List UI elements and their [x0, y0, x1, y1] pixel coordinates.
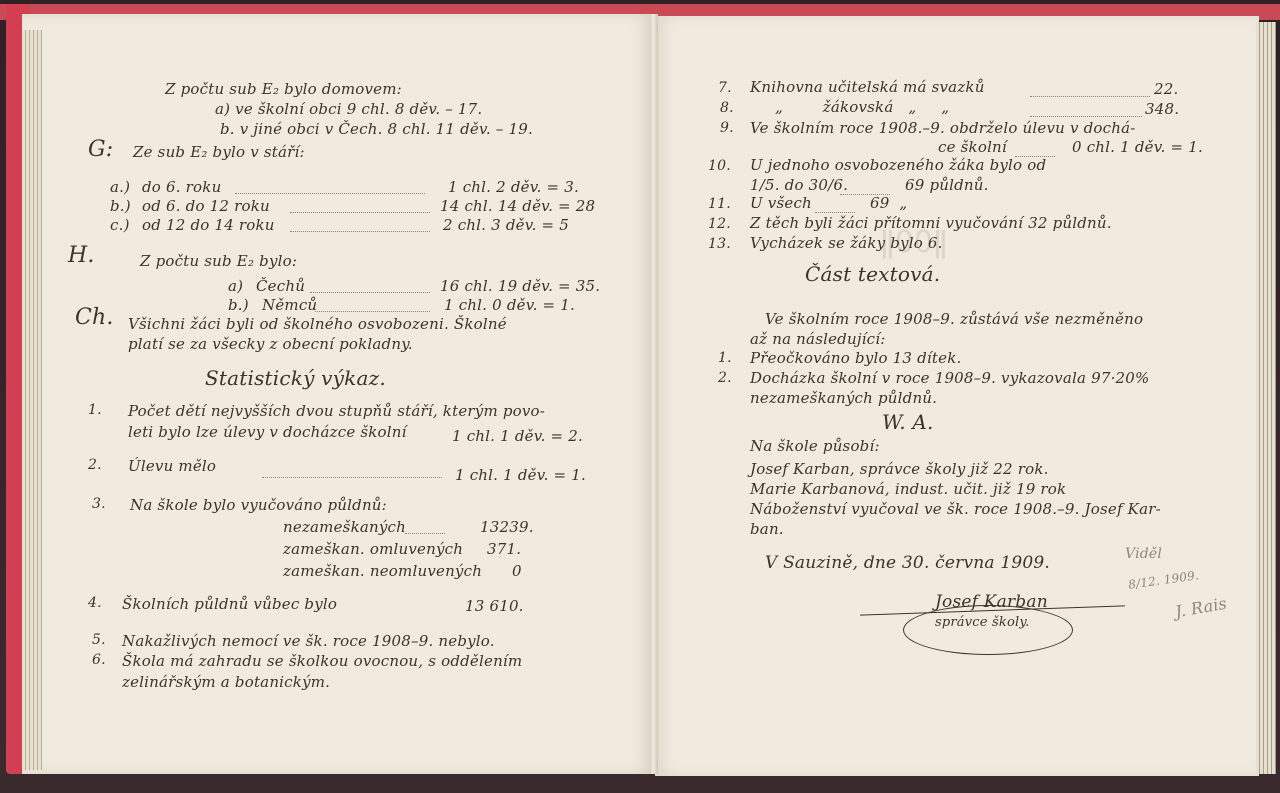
item-number: 10. — [708, 158, 731, 174]
sub-item-text: zameškan. omluvených — [283, 540, 463, 558]
item-number: 6. — [92, 652, 106, 668]
wa-title: W. A. — [882, 410, 934, 434]
item-line: Na škole bylo vyučováno půldnů: — [130, 496, 387, 514]
item-number: 8. — [720, 100, 734, 116]
item-number: 12. — [708, 216, 731, 232]
item-number: 2. — [88, 457, 102, 473]
item-line: Nakažlivých nemocí ve šk. roce 1908–9. n… — [122, 632, 495, 650]
staff-line: Josef Karban, správce školy již 22 rok. — [750, 460, 1049, 478]
nationality-row-label: a) — [228, 277, 243, 295]
section-g-heading: Ze sub E₂ bylo v stáří: — [133, 143, 305, 161]
item-value: 1 chl. 1 děv. = 2. — [452, 427, 583, 445]
item-number: 5. — [92, 632, 106, 648]
item-line: Knihovna učitelská má svazků — [750, 78, 985, 96]
item-number: 11. — [708, 196, 731, 212]
signature-oval — [903, 605, 1073, 655]
signature-title: správce školy. — [935, 615, 1030, 630]
staff-line: Náboženství vyučoval ve šk. roce 1908.–9… — [750, 500, 1161, 518]
item-line: Vycházek se žáky bylo 6. — [750, 234, 943, 252]
nationality-row-text: Čechů — [256, 277, 305, 295]
item-line: Úlevu mělo — [128, 457, 216, 475]
item-line: Škola má zahradu se školkou ovocnou, s o… — [122, 652, 522, 670]
item-line: „ žákovská „ „ — [775, 98, 949, 116]
sub-item-value: 13239. — [480, 518, 534, 536]
right-page-edges — [1256, 22, 1276, 774]
item-line: U všech — [750, 194, 812, 212]
section-h-heading: Z počtu sub E₂ bylo: — [140, 252, 297, 270]
item-number: 2. — [718, 370, 732, 386]
staff-heading: Na škole působí: — [750, 437, 880, 455]
age-row-value: 14 chl. 14 děv. = 28 — [440, 197, 595, 215]
item-value: 22. — [1154, 80, 1178, 98]
item-value: 69 „ — [870, 194, 907, 212]
item-value: 69 půldnů. — [905, 176, 989, 194]
section-g-marker: G: — [88, 137, 113, 162]
section-h-marker: H. — [68, 243, 95, 268]
nationality-row-value: 1 chl. 0 děv. = 1. — [444, 296, 575, 314]
section-ch-line2: platí se za všecky z obecní pokladny. — [128, 335, 413, 353]
staff-line: ban. — [750, 520, 784, 538]
item-line: Školních půldnů vůbec bylo — [122, 595, 337, 613]
item-number: 3. — [92, 496, 106, 512]
sub-item-value: 371. — [487, 540, 521, 558]
item-value: 348. — [1145, 100, 1179, 118]
item-line: Ve školním roce 1908.–9. obdrželo úlevu … — [750, 119, 1136, 137]
item-number: 9. — [720, 120, 734, 136]
signature-name: Josef Karban — [935, 592, 1048, 612]
item-number: 4. — [88, 595, 102, 611]
age-row-label: b.) — [110, 197, 131, 215]
item-number: 1. — [88, 402, 102, 418]
item-line: ce školní — [938, 138, 1007, 156]
sub-item-text: zameškan. neomluvených — [283, 562, 482, 580]
age-row-text: od 6. do 12 roku — [142, 197, 270, 215]
statistics-title: Statistický výkaz. — [205, 366, 386, 390]
intro-b: b. v jiné obci v Čech. 8 chl. 11 děv. – … — [220, 120, 533, 138]
section-ch-marker: Ch. — [75, 305, 114, 330]
nationality-row-label: b.) — [228, 296, 249, 314]
text-intro-line: Ve školním roce 1908–9. zůstává vše nezm… — [765, 310, 1143, 328]
item-value: 13 610. — [465, 597, 524, 615]
age-row-text: do 6. roku — [142, 178, 221, 196]
text-section-title: Část textová. — [805, 262, 940, 286]
item-number: 13. — [708, 236, 731, 252]
intro-heading: Z počtu sub E₂ bylo domovem: — [165, 80, 402, 98]
item-line: leti bylo lze úlevy v docházce školní — [128, 423, 407, 441]
item-line: Docházka školní v roce 1908–9. vykazoval… — [750, 369, 1149, 387]
sub-item-value: 0 — [512, 562, 522, 580]
item-number: 7. — [718, 80, 732, 96]
margin-note: Viděl — [1125, 546, 1162, 562]
staff-line: Marie Karbanová, indust. učit. již 19 ro… — [750, 480, 1066, 498]
nationality-row-value: 16 chl. 19 děv. = 35. — [440, 277, 600, 295]
item-line: U jednoho osvobozeného žáka bylo od — [750, 156, 1046, 174]
age-row-label: c.) — [110, 216, 130, 234]
item-number: 1. — [718, 350, 732, 366]
age-row-text: od 12 do 14 roku — [142, 216, 275, 234]
item-line: nezameškaných půldnů. — [750, 389, 937, 407]
age-row-label: a.) — [110, 178, 130, 196]
place-date: V Sauzině, dne 30. června 1909. — [765, 553, 1050, 573]
item-value: 1 chl. 1 děv. = 1. — [455, 466, 586, 484]
text-intro-line: až na následující: — [750, 330, 886, 348]
left-page-edges — [22, 30, 42, 770]
section-ch-line1: Všichni žáci byli od školného osvobozeni… — [128, 315, 507, 333]
book-gutter — [650, 14, 658, 774]
item-line: Přeočkováno bylo 13 dítek. — [750, 349, 961, 367]
item-value: 0 chl. 1 děv. = 1. — [1072, 138, 1203, 156]
item-line: Počet dětí nejvyšších dvou stupňů stáří,… — [128, 402, 545, 420]
nationality-row-text: Němců — [262, 296, 317, 314]
age-row-value: 1 chl. 2 děv. = 3. — [448, 178, 579, 196]
sub-item-text: nezameškaných — [283, 518, 406, 536]
item-line: zelinářským a botanickým. — [122, 673, 330, 691]
item-line: Z těch byli žáci přítomni vyučování 32 p… — [750, 214, 1112, 232]
intro-a: a) ve školní obci 9 chl. 8 děv. – 17. — [215, 100, 482, 118]
age-row-value: 2 chl. 3 děv. = 5 — [443, 216, 569, 234]
item-line: 1/5. do 30/6. — [750, 176, 848, 194]
